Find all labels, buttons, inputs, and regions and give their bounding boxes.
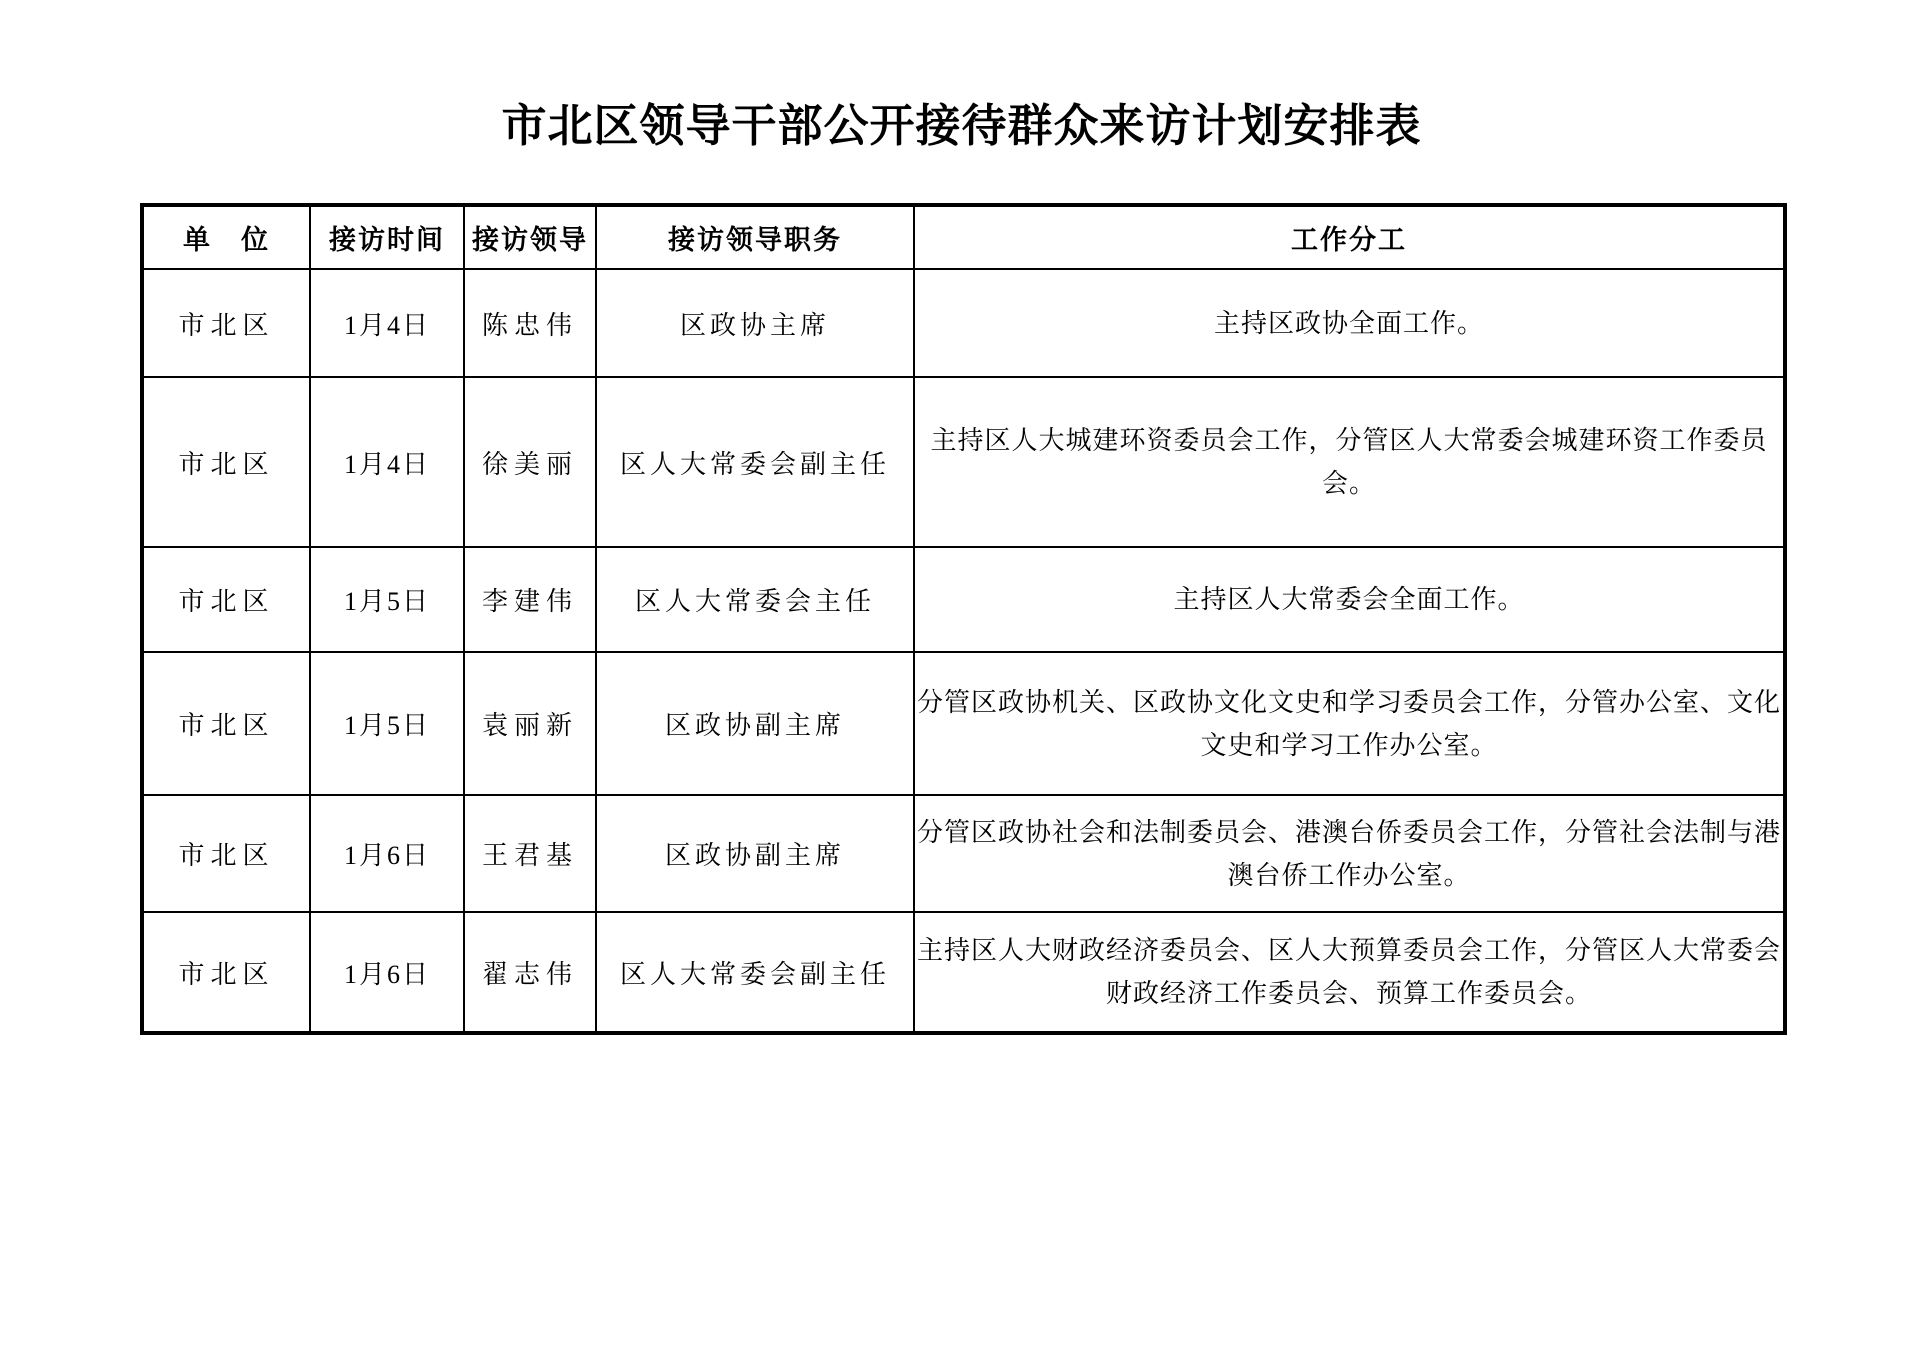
cell-unit: 市北区	[142, 269, 310, 377]
cell-position: 区政协副主席	[596, 652, 914, 795]
cell-time: 1月5日	[310, 652, 464, 795]
cell-leader: 陈忠伟	[464, 269, 596, 377]
header-time: 接访时间	[310, 205, 464, 269]
header-position: 接访领导职务	[596, 205, 914, 269]
cell-position: 区政协副主席	[596, 795, 914, 912]
table-row: 市北区 1月5日 袁丽新 区政协副主席 分管区政协机关、区政协文化文史和学习委员…	[142, 652, 1785, 795]
cell-leader: 徐美丽	[464, 377, 596, 547]
cell-unit: 市北区	[142, 795, 310, 912]
cell-time: 1月6日	[310, 912, 464, 1033]
cell-position: 区人大常委会副主任	[596, 912, 914, 1033]
cell-leader: 王君基	[464, 795, 596, 912]
table-row: 市北区 1月6日 王君基 区政协副主席 分管区政协社会和法制委员会、港澳台侨委员…	[142, 795, 1785, 912]
table-row: 市北区 1月4日 徐美丽 区人大常委会副主任 主持区人大城建环资委员会工作，分管…	[142, 377, 1785, 547]
cell-time: 1月4日	[310, 377, 464, 547]
cell-unit: 市北区	[142, 652, 310, 795]
cell-leader: 李建伟	[464, 547, 596, 652]
reception-schedule-table: 单 位 接访时间 接访领导 接访领导职务 工作分工 市北区 1月4日 陈忠伟 区…	[140, 203, 1787, 1035]
cell-unit: 市北区	[142, 547, 310, 652]
cell-position: 区政协主席	[596, 269, 914, 377]
cell-duty: 主持区人大常委会全面工作。	[914, 547, 1785, 652]
header-unit: 单 位	[142, 205, 310, 269]
cell-duty: 分管区政协机关、区政协文化文史和学习委员会工作，分管办公室、文化文史和学习工作办…	[914, 652, 1785, 795]
cell-duty: 主持区人大城建环资委员会工作，分管区人大常委会城建环资工作委员会。	[914, 377, 1785, 547]
cell-time: 1月6日	[310, 795, 464, 912]
cell-duty: 分管区政协社会和法制委员会、港澳台侨委员会工作，分管社会法制与港澳台侨工作办公室…	[914, 795, 1785, 912]
cell-time: 1月4日	[310, 269, 464, 377]
table-row: 市北区 1月5日 李建伟 区人大常委会主任 主持区人大常委会全面工作。	[142, 547, 1785, 652]
document-title: 市北区领导干部公开接待群众来访计划安排表	[140, 100, 1783, 153]
cell-position: 区人大常委会副主任	[596, 377, 914, 547]
table-header-row: 单 位 接访时间 接访领导 接访领导职务 工作分工	[142, 205, 1785, 269]
document-page: 市北区领导干部公开接待群众来访计划安排表 单 位 接访时间 接访领导 接访领导职…	[0, 0, 1920, 1358]
table-row: 市北区 1月4日 陈忠伟 区政协主席 主持区政协全面工作。	[142, 269, 1785, 377]
header-leader: 接访领导	[464, 205, 596, 269]
cell-duty: 主持区人大财政经济委员会、区人大预算委员会工作，分管区人大常委会财政经济工作委员…	[914, 912, 1785, 1033]
table-row: 市北区 1月6日 翟志伟 区人大常委会副主任 主持区人大财政经济委员会、区人大预…	[142, 912, 1785, 1033]
cell-time: 1月5日	[310, 547, 464, 652]
cell-unit: 市北区	[142, 377, 310, 547]
cell-position: 区人大常委会主任	[596, 547, 914, 652]
cell-leader: 翟志伟	[464, 912, 596, 1033]
cell-leader: 袁丽新	[464, 652, 596, 795]
cell-unit: 市北区	[142, 912, 310, 1033]
header-duty: 工作分工	[914, 205, 1785, 269]
cell-duty: 主持区政协全面工作。	[914, 269, 1785, 377]
